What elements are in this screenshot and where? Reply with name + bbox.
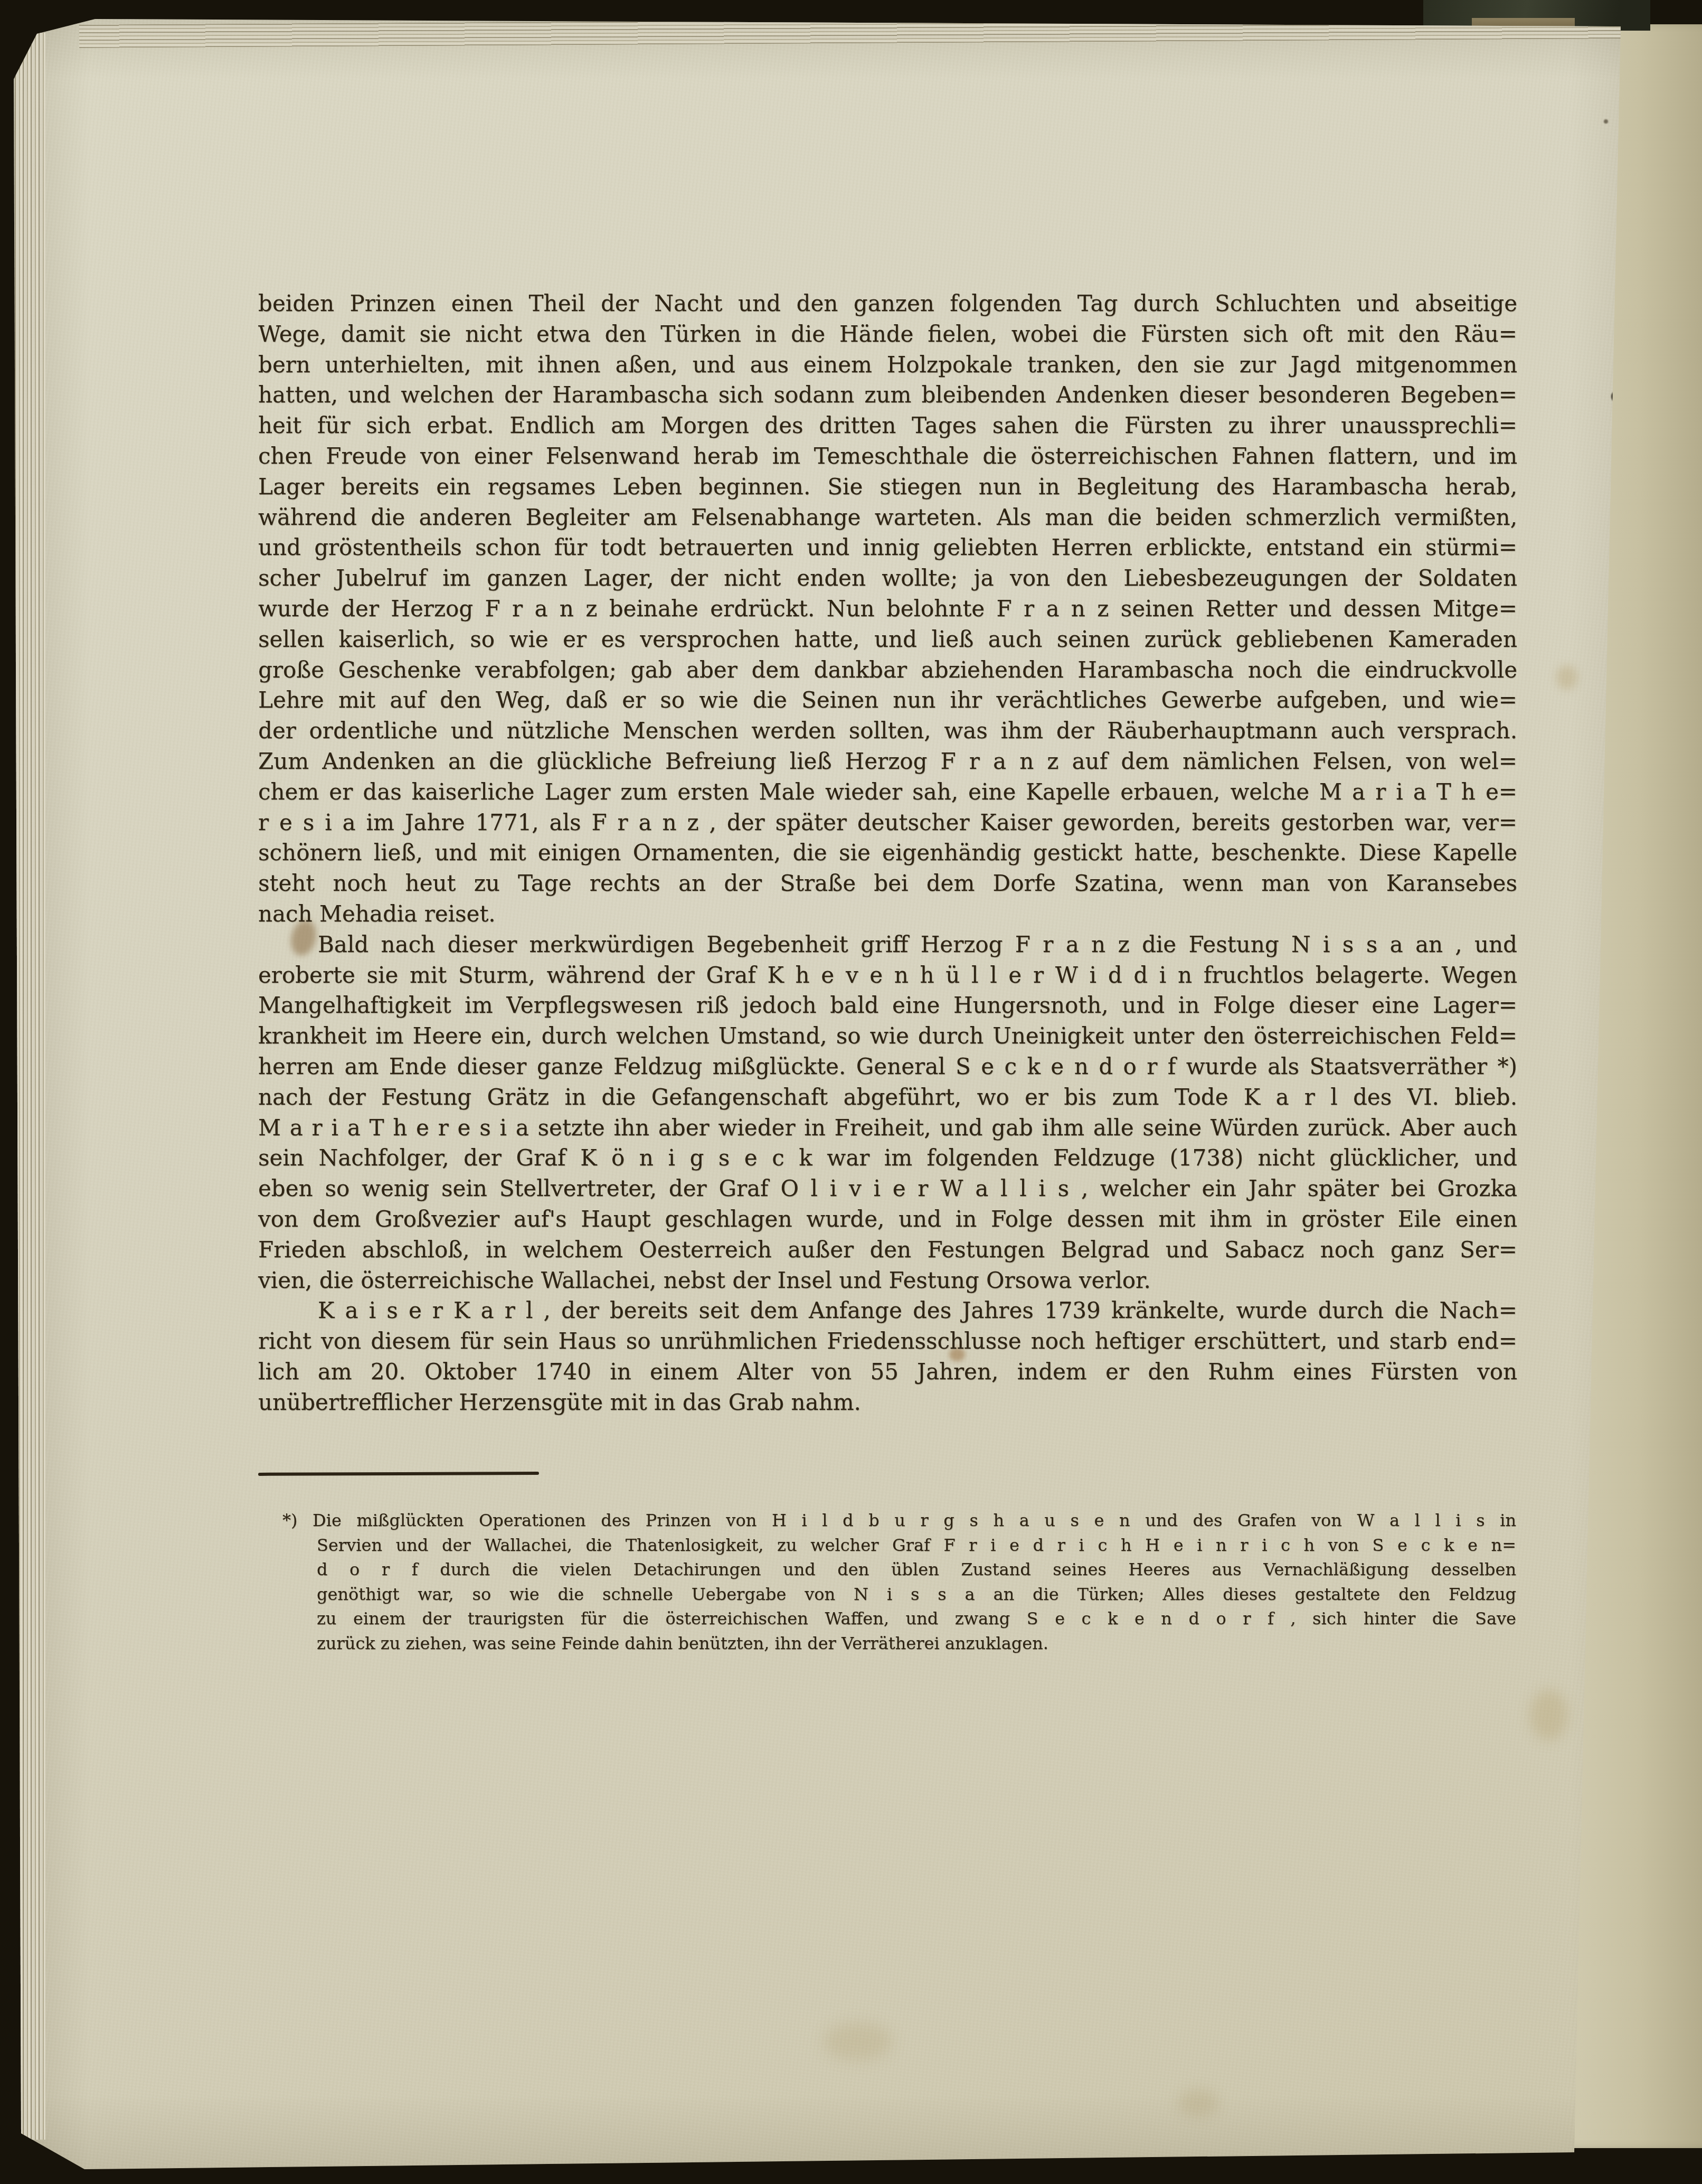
footnote-line: *) Die mißglückten Operationen des Prinz… bbox=[282, 1508, 1516, 1533]
text-line: der ordentliche und nützliche Menschen w… bbox=[258, 716, 1517, 746]
text-line: eben so wenig sein Stellvertreter, der G… bbox=[258, 1173, 1517, 1204]
text-line: sein Nachfolger, der Graf K ö n i g s e … bbox=[258, 1143, 1517, 1173]
text-line: Bald nach dieser merkwürdigen Begebenhei… bbox=[258, 929, 1517, 960]
text-line: schönern ließ, und mit einigen Ornamente… bbox=[258, 837, 1517, 868]
text-line: nach Mehadia reiset. bbox=[258, 899, 1517, 929]
text-line: während die anderen Begleiter am Felsena… bbox=[258, 502, 1517, 533]
text-line: unübertrefflicher Herzensgüte mit in das… bbox=[258, 1387, 1517, 1418]
book-scan-background: { "document": { "type": "scanned-book-pa… bbox=[0, 0, 1702, 2184]
text-line: und gröstentheils schon für todt betraue… bbox=[258, 532, 1517, 563]
text-line: heit für sich erbat. Endlich am Morgen d… bbox=[258, 410, 1517, 441]
text-line: krankheit im Heere ein, durch welchen Um… bbox=[258, 1021, 1517, 1051]
footnote-line: genöthigt war, so wie die schnelle Ueber… bbox=[282, 1582, 1516, 1607]
stain bbox=[1178, 2089, 1218, 2116]
text-line: M a r i a T h e r e s i a setzte ihn abe… bbox=[258, 1113, 1517, 1143]
footnote-line: zu einem der traurigsten für die österre… bbox=[282, 1606, 1516, 1631]
stain bbox=[824, 2022, 892, 2060]
text-line: Zum Andenken an die glückliche Befreiung… bbox=[258, 746, 1517, 777]
text-line: hatten, und welchen der Harambascha sich… bbox=[258, 380, 1517, 410]
text-line: Wege, damit sie nicht etwa den Türken in… bbox=[258, 319, 1517, 350]
text-line: chen Freude von einer Felsenwand herab i… bbox=[258, 441, 1517, 472]
text-line: bern unterhielten, mit ihnen aßen, und a… bbox=[258, 350, 1517, 380]
text-line: vien, die österreichische Wallachei, neb… bbox=[258, 1265, 1517, 1296]
text-line: richt von diesem für sein Haus so unrühm… bbox=[258, 1326, 1517, 1357]
text-line: Lager bereits ein regsames Leben beginne… bbox=[258, 472, 1517, 502]
text-line: herren am Ende dieser ganze Feldzug mißg… bbox=[258, 1051, 1517, 1082]
stain bbox=[1556, 665, 1577, 690]
footnote-text: *) Die mißglückten Operationen des Prinz… bbox=[282, 1508, 1516, 1656]
text-line: lich am 20. Oktober 1740 in einem Alter … bbox=[258, 1357, 1517, 1387]
text-line: K a i s e r K a r l , der bereits seit d… bbox=[258, 1295, 1517, 1326]
text-line: chem er das kaiserliche Lager zum ersten… bbox=[258, 777, 1517, 807]
text-line: r e s i a im Jahre 1771, als F r a n z ,… bbox=[258, 807, 1517, 838]
text-line: Lehre mit auf den Weg, daß er so wie die… bbox=[258, 685, 1517, 716]
stain bbox=[1530, 1690, 1568, 1740]
text-line: große Geschenke verabfolgen; gab aber de… bbox=[258, 655, 1517, 685]
footnote-line: d o r f durch die vielen Detachirungen u… bbox=[282, 1557, 1516, 1582]
footnote-line: Servien und der Wallachei, die Thatenlos… bbox=[282, 1533, 1516, 1558]
text-line: eroberte sie mit Sturm, während der Graf… bbox=[258, 960, 1517, 991]
page-stack-left-edge bbox=[15, 33, 45, 2140]
text-line: Frieden abschloß, in welchem Oesterreich… bbox=[258, 1235, 1517, 1265]
text-line: nach der Festung Grätz in die Gefangensc… bbox=[258, 1082, 1517, 1113]
text-line: Mangelhaftigkeit im Verpflegswesen riß j… bbox=[258, 990, 1517, 1021]
text-line: wurde der Herzog F r a n z beinahe erdrü… bbox=[258, 594, 1517, 624]
text-line: sellen kaiserlich, so wie er es versproc… bbox=[258, 624, 1517, 655]
scanned-page: beiden Prinzen einen Theil der Nacht und… bbox=[0, 0, 1702, 2184]
text-line: von dem Großvezier auf's Haupt geschlage… bbox=[258, 1204, 1517, 1235]
text-line: steht noch heut zu Tage rechts an der St… bbox=[258, 868, 1517, 899]
main-text: beiden Prinzen einen Theil der Nacht und… bbox=[258, 288, 1517, 1417]
text-line: scher Jubelruf im ganzen Lager, der nich… bbox=[258, 563, 1517, 594]
ink-speck bbox=[1604, 119, 1608, 124]
text-line: beiden Prinzen einen Theil der Nacht und… bbox=[258, 288, 1517, 319]
footnote-line: zurück zu ziehen, was seine Feinde dahin… bbox=[282, 1631, 1516, 1656]
